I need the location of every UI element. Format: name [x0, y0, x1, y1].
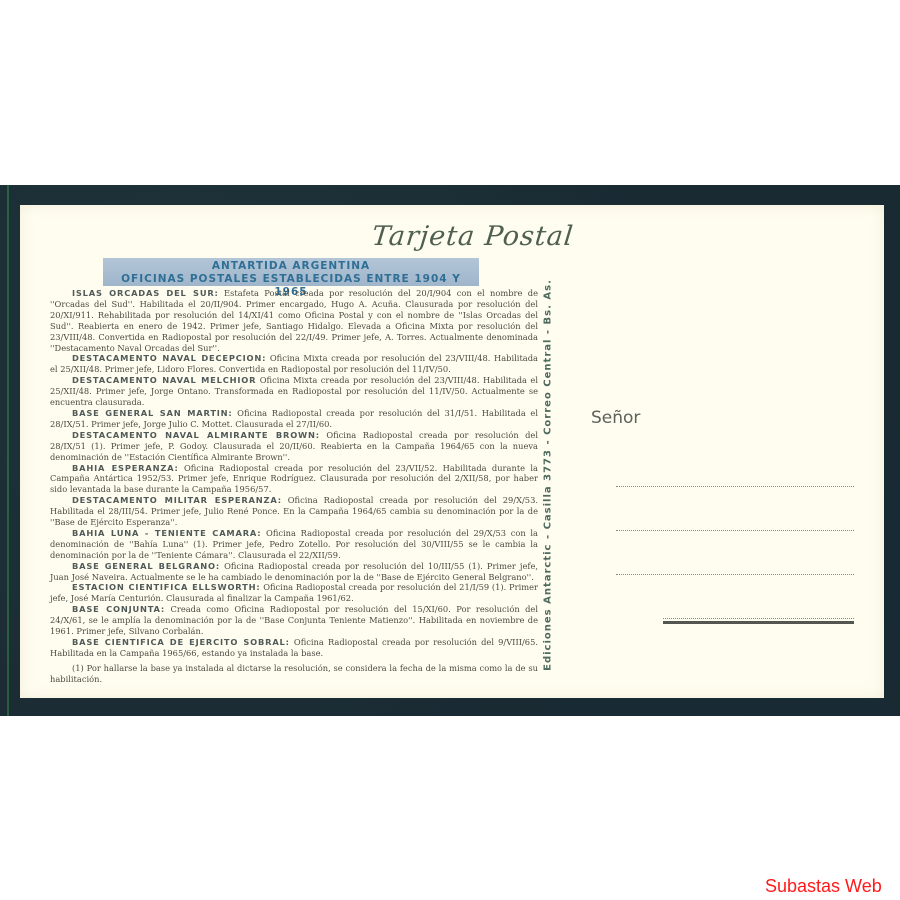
- list-item: DESTACAMENTO MILITAR ESPERANZA: Oficina …: [50, 495, 538, 528]
- entry-name: BASE GENERAL BELGRANO:: [72, 561, 220, 571]
- entry-name: BASE GENERAL SAN MARTIN:: [72, 408, 233, 418]
- list-item: DESTACAMENTO NAVAL DECEPCION: Oficina Mi…: [50, 353, 538, 375]
- list-item: BASE GENERAL SAN MARTIN: Oficina Radiopo…: [50, 408, 538, 430]
- entry-name: BASE CIENTIFICA DE EJERCITO SOBRAL:: [72, 637, 290, 647]
- list-item: BASE CIENTIFICA DE EJERCITO SOBRAL: Ofic…: [50, 637, 538, 659]
- list-item: BAHIA LUNA - TENIENTE CAMARA: Oficina Ra…: [50, 528, 538, 561]
- entry-name: ISLAS ORCADAS DEL SUR:: [72, 288, 219, 298]
- watermark: Subastas Web: [765, 876, 882, 897]
- address-line-3: [616, 574, 854, 575]
- list-item: DESTACAMENTO NAVAL MELCHIOR Oficina Mixt…: [50, 375, 538, 408]
- publisher-imprint-text: Ediciones Antarctic - Casilla 3773 - Cor…: [543, 279, 554, 671]
- entry-name: BAHIA LUNA - TENIENTE CAMARA:: [72, 528, 261, 538]
- entry-name: BASE CONJUNTA:: [72, 604, 165, 614]
- address-label: Señor: [591, 408, 640, 428]
- banner-line-1: ANTARTIDA ARGENTINA: [103, 260, 479, 273]
- entry-name: DESTACAMENTO NAVAL MELCHIOR: [72, 375, 256, 385]
- address-line-1: [616, 486, 854, 487]
- entry-name: DESTACAMENTO NAVAL ALMIRANTE BROWN:: [72, 430, 320, 440]
- scan-edge-line: [7, 185, 9, 716]
- address-line-4: [663, 618, 854, 619]
- list-item: BASE CONJUNTA: Creada como Oficina Radio…: [50, 604, 538, 637]
- entry-name: ESTACION CIENTIFICA ELLSWORTH:: [72, 582, 260, 592]
- list-item: BASE GENERAL BELGRANO: Oficina Radiopost…: [50, 561, 538, 583]
- postcard-title: Tarjeta Postal: [370, 221, 575, 252]
- list-item: ISLAS ORCADAS DEL SUR: Estafeta Postal c…: [50, 288, 538, 353]
- title-banner: ANTARTIDA ARGENTINA OFICINAS POSTALES ES…: [103, 258, 479, 286]
- list-item: DESTACAMENTO NAVAL ALMIRANTE BROWN: Ofic…: [50, 430, 538, 463]
- postcard: Tarjeta Postal ANTARTIDA ARGENTINA OFICI…: [20, 205, 884, 698]
- list-item: ESTACION CIENTIFICA ELLSWORTH: Oficina R…: [50, 582, 538, 604]
- entry-name: DESTACAMENTO MILITAR ESPERANZA:: [72, 495, 282, 505]
- publisher-imprint: Ediciones Antarctic - Casilla 3773 - Cor…: [538, 260, 558, 690]
- entry-name: BAHIA ESPERANZA:: [72, 463, 179, 473]
- entry-name: DESTACAMENTO NAVAL DECEPCION:: [72, 353, 266, 363]
- list-item: BAHIA ESPERANZA: Oficina Radiopostal cre…: [50, 463, 538, 496]
- address-line-2: [616, 530, 854, 531]
- post-office-list: ISLAS ORCADAS DEL SUR: Estafeta Postal c…: [50, 288, 538, 685]
- footnote: (1) Por hallarse la base ya instalada al…: [50, 663, 538, 685]
- address-underline: [663, 621, 854, 624]
